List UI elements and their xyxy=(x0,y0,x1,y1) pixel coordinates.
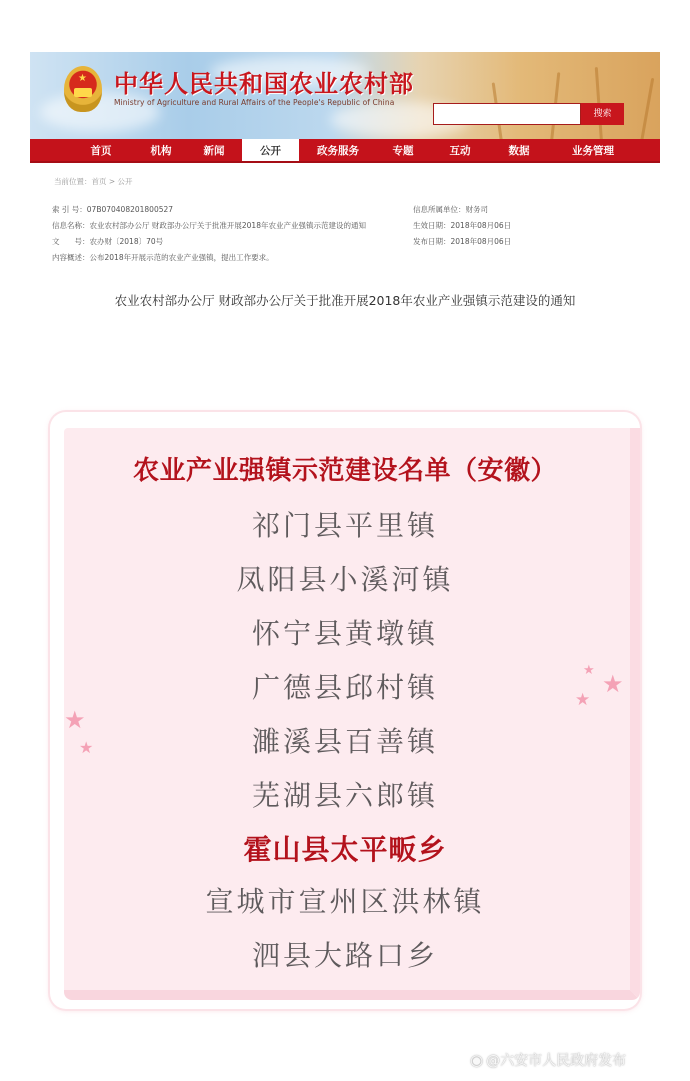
meta-publish-date: 发布日期：2018年08月06日 xyxy=(413,234,511,250)
nav-item-data[interactable]: 数据 xyxy=(491,139,547,161)
search-input[interactable] xyxy=(433,103,581,125)
town-item: 泗县大路口乡 xyxy=(50,934,640,974)
weibo-icon: ◉ xyxy=(470,1051,483,1069)
document-metadata-left: 索 引 号：07B070408201800527 信息名称：农业农村部办公厅 财… xyxy=(52,202,366,266)
nav-item-business-mgmt[interactable]: 业务管理 xyxy=(547,139,639,161)
weibo-watermark: ◉@六安市人民政府发布 xyxy=(470,1050,626,1070)
town-item: 怀宁县黄墩镇 xyxy=(50,612,640,652)
national-emblem-icon: ★ xyxy=(64,66,102,112)
nav-item-interaction[interactable]: 互动 xyxy=(429,139,491,161)
town-item: 芜湖县六郎镇 xyxy=(50,774,640,814)
ministry-website-screenshot: ★ 中华人民共和国农业农村部 Ministry of Agriculture a… xyxy=(30,52,660,342)
main-nav: 首页 机构 新闻 公开 政务服务 专题 互动 数据 业务管理 xyxy=(30,139,660,163)
town-item: 广德县邱村镇 xyxy=(50,666,640,706)
meta-doc-number: 文 号：农办财〔2018〕70号 xyxy=(52,234,366,250)
town-item: 宣城市宣州区洪林镇 xyxy=(50,880,640,920)
nav-item-topics[interactable]: 专题 xyxy=(377,139,429,161)
meta-summary: 内容概述：公布2018年开展示范的农业产业强镇，提出工作要求。 xyxy=(52,250,366,266)
document-metadata-right: 信息所属单位：财务司 生效日期：2018年08月06日 发布日期：2018年08… xyxy=(413,202,511,250)
star-icon: ★ xyxy=(64,708,86,732)
meta-department: 信息所属单位：财务司 xyxy=(413,202,511,218)
meta-effective-date: 生效日期：2018年08月06日 xyxy=(413,218,511,234)
site-banner: ★ 中华人民共和国农业农村部 Ministry of Agriculture a… xyxy=(30,52,660,139)
meta-info-name: 信息名称：农业农村部办公厅 财政部办公厅关于批准开展2018年农业产业强镇示范建… xyxy=(52,218,366,234)
town-item: 凤阳县小溪河镇 xyxy=(50,558,640,598)
list-title: 农业产业强镇示范建设名单（安徽） xyxy=(50,450,640,487)
meta-index-number: 索 引 号：07B070408201800527 xyxy=(52,202,366,218)
town-item: 濉溪县百善镇 xyxy=(50,720,640,760)
town-item: 祁门县平里镇 xyxy=(50,504,640,544)
nav-item-home[interactable]: 首页 xyxy=(66,139,136,161)
breadcrumb[interactable]: 当前位置：首页 > 公开 xyxy=(54,176,133,187)
site-subtitle: Ministry of Agriculture and Rural Affair… xyxy=(114,98,394,107)
nav-item-organization[interactable]: 机构 xyxy=(136,139,186,161)
star-icon: ★ xyxy=(602,672,624,696)
nav-item-news[interactable]: 新闻 xyxy=(186,139,242,161)
town-item-highlighted: 霍山县太平畈乡 xyxy=(50,828,640,868)
star-icon: ★ xyxy=(583,664,595,677)
star-icon: ★ xyxy=(79,740,93,756)
wheat-decoration xyxy=(640,78,654,139)
site-title: 中华人民共和国农业农村部 xyxy=(114,64,414,99)
star-icon: ★ xyxy=(575,692,590,709)
nav-item-gov-services[interactable]: 政务服务 xyxy=(299,139,377,161)
search-button[interactable]: 搜索 xyxy=(581,103,624,125)
document-title: 农业农村部办公厅 财政部办公厅关于批准开展2018年农业产业强镇示范建设的通知 xyxy=(30,291,660,309)
nav-item-public[interactable]: 公开 xyxy=(242,139,299,161)
